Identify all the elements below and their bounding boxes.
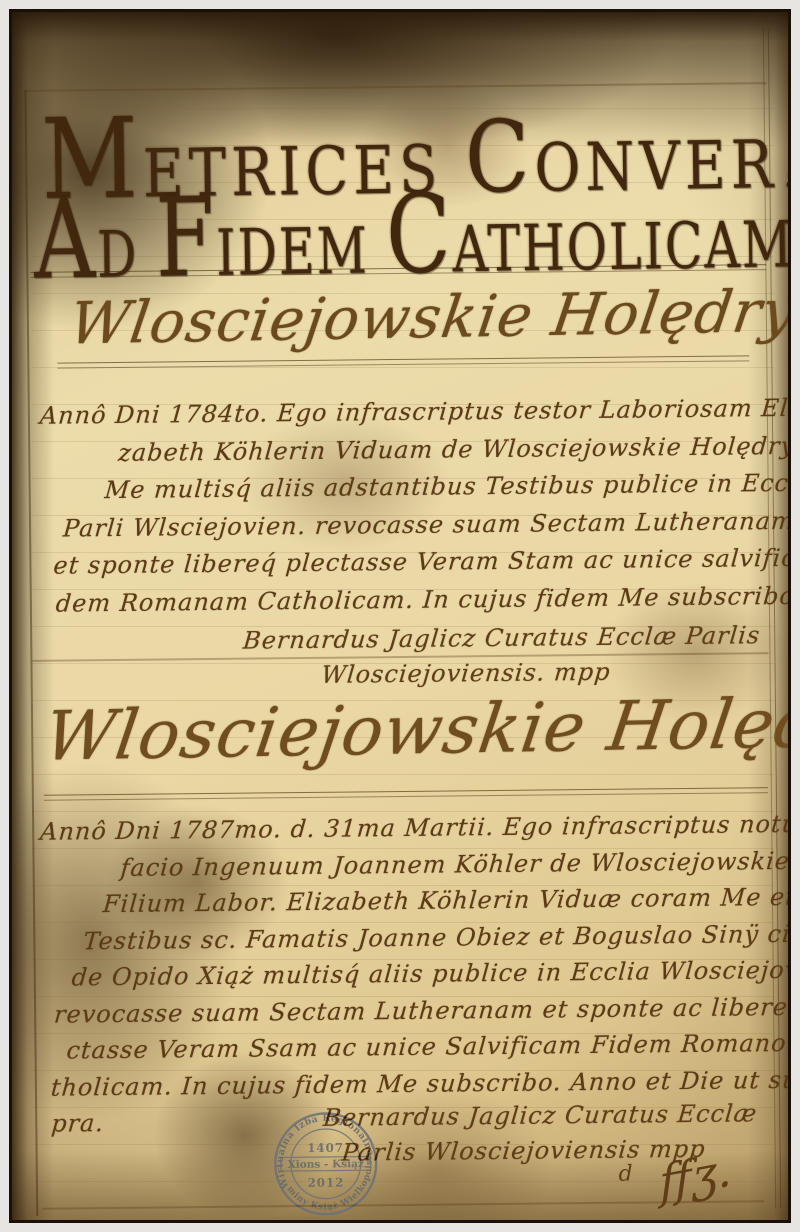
section-heading-2: Wlosciejowskie Holędry. [40,683,791,777]
signature-line: Wlosciejoviensis. mpp [239,653,762,693]
screenshot: METRICES CONVERsorū AD FIDEM CATHOLICAM.… [0,0,800,1232]
signature-paraph: dffʒ. [618,1149,732,1204]
title-word3: D [97,218,139,293]
entry1-signature: Bernardus Jaglicz Curatus Ecclæ Parlis W… [240,618,761,693]
heading2-underline [44,787,768,801]
title-dropcap-f: F [155,189,217,288]
stamp-year-top: 1407 [307,1141,344,1155]
page-content: METRICES CONVERsorū AD FIDEM CATHOLICAM.… [9,9,791,1223]
paraph-small-mark: d [618,1162,632,1187]
archive-stamp: 1407 Xions - Książ 2012 Wirtualna Izba R… [270,1108,381,1219]
title-word5: ATHOLICAM. [452,207,791,286]
title-dropcap-a: A [34,191,98,290]
title-word4: IDEM [216,214,370,290]
section-heading-1: Wlosciejowskie Holędry. [65,277,791,358]
stamp-center-text: Xions - Książ [287,1158,364,1171]
stamp-year-bottom: 2012 [307,1176,344,1190]
entry1-paragraph: Annô Dni 1784to. Ego infrascriptus testo… [40,390,782,623]
title-dropcap-c2: C [386,186,454,285]
manuscript-line: Me multisq́ aliis adstantibus Testibus p… [103,465,782,510]
main-title-line2: AD FIDEM CATHOLICAM. [34,180,791,293]
signature-line: Bernardus Jaglicz Curatus Ecclæ Parlis [239,618,762,658]
rule-top [24,82,766,91]
manuscript-line: dem Romanam Catholicam. In cujus fidem M… [54,577,783,622]
entry2-paragraph: Annô Dni 1787mo. d. 31ma Martii. Ego inf… [40,806,787,1142]
paraph-flourish: ffʒ. [658,1142,732,1210]
heading1-underline [57,355,749,368]
manuscript-scan: METRICES CONVERsorū AD FIDEM CATHOLICAM.… [9,9,791,1223]
stamp-emblem: 1407 Xions - Książ 2012 Wirtualna Izba R… [270,1108,381,1219]
